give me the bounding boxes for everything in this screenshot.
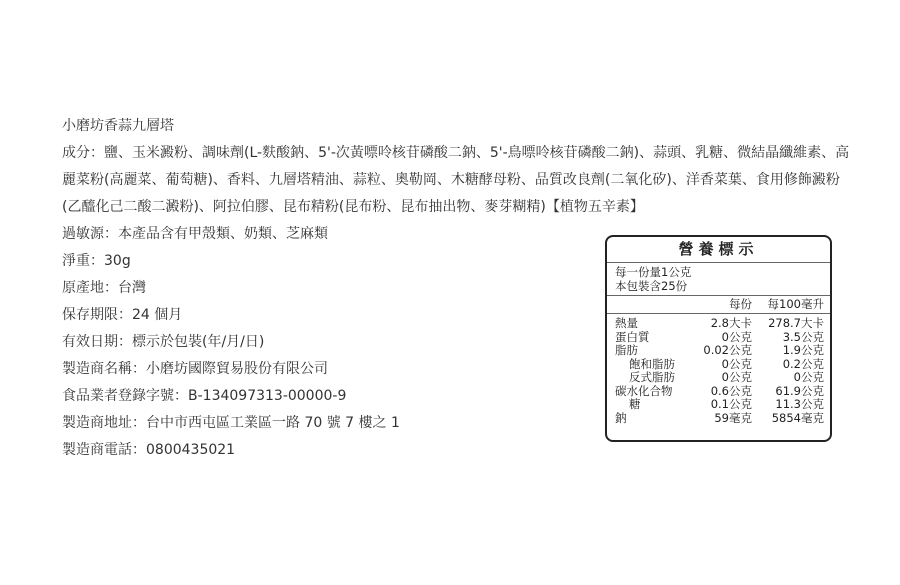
nutrition-row: 脂肪0.02公克1.9公克 <box>615 344 824 358</box>
nutrient-per-serving: 0公克 <box>690 371 752 385</box>
nutrient-per-100: 278.7大卡 <box>752 317 824 331</box>
nutrient-name: 飽和脂肪 <box>615 358 690 372</box>
nutrient-per-100: 0.2公克 <box>752 358 824 372</box>
nutrition-header-row: 每份 每100毫升 <box>607 296 830 314</box>
nutrient-per-100: 3.5公克 <box>752 331 824 345</box>
nutrient-per-serving: 0.6公克 <box>690 385 752 399</box>
nutrient-per-100: 0公克 <box>752 371 824 385</box>
nutrient-per-serving: 0公克 <box>690 358 752 372</box>
nutrition-facts-table: 營養標示 每一份量1公克 本包裝含25份 每份 每100毫升 熱量2.8大卡27… <box>605 235 832 442</box>
nutrition-row: 反式脂肪0公克0公克 <box>615 371 824 385</box>
header-blank <box>615 296 690 313</box>
nutrient-per-100: 1.9公克 <box>752 344 824 358</box>
nutrition-row: 飽和脂肪0公克0.2公克 <box>615 358 824 372</box>
nutrient-per-serving: 2.8大卡 <box>690 317 752 331</box>
servings-per-pack: 本包裝含25份 <box>615 280 822 294</box>
product-name: 小磨坊香蒜九層塔 <box>62 113 862 140</box>
nutrient-name: 反式脂肪 <box>615 371 690 385</box>
nutrient-per-100: 11.3公克 <box>752 398 824 412</box>
nutrition-row: 糖0.1公克11.3公克 <box>615 398 824 412</box>
nutrition-row: 鈉59毫克5854毫克 <box>615 412 824 426</box>
ingredients-text: 成分：鹽、玉米澱粉、調味劑(L-麩酸鈉、5'-次黃嘌呤核苷磷酸二鈉、5'-鳥嘌呤… <box>62 140 857 221</box>
nutrient-per-100: 61.9公克 <box>752 385 824 399</box>
header-per-serving: 每份 <box>690 296 752 313</box>
nutrient-name: 糖 <box>615 398 690 412</box>
nutrient-name: 碳水化合物 <box>615 385 690 399</box>
nutrition-row: 碳水化合物0.6公克61.9公克 <box>615 385 824 399</box>
nutrient-per-serving: 59毫克 <box>690 412 752 426</box>
nutrient-name: 蛋白質 <box>615 331 690 345</box>
nutrition-row: 蛋白質0公克3.5公克 <box>615 331 824 345</box>
nutrient-per-serving: 0.1公克 <box>690 398 752 412</box>
nutrient-name: 脂肪 <box>615 344 690 358</box>
nutrient-name: 熱量 <box>615 317 690 331</box>
serving-info: 每一份量1公克 本包裝含25份 <box>607 263 830 296</box>
nutrition-rows: 熱量2.8大卡278.7大卡蛋白質0公克3.5公克脂肪0.02公克1.9公克飽和… <box>607 314 830 425</box>
nutrient-name: 鈉 <box>615 412 690 426</box>
serving-size: 每一份量1公克 <box>615 266 822 280</box>
nutrition-title: 營養標示 <box>607 237 830 263</box>
nutrient-per-serving: 0公克 <box>690 331 752 345</box>
nutrient-per-serving: 0.02公克 <box>690 344 752 358</box>
nutrition-row: 熱量2.8大卡278.7大卡 <box>615 317 824 331</box>
header-per-100: 每100毫升 <box>752 296 824 313</box>
nutrient-per-100: 5854毫克 <box>752 412 824 426</box>
